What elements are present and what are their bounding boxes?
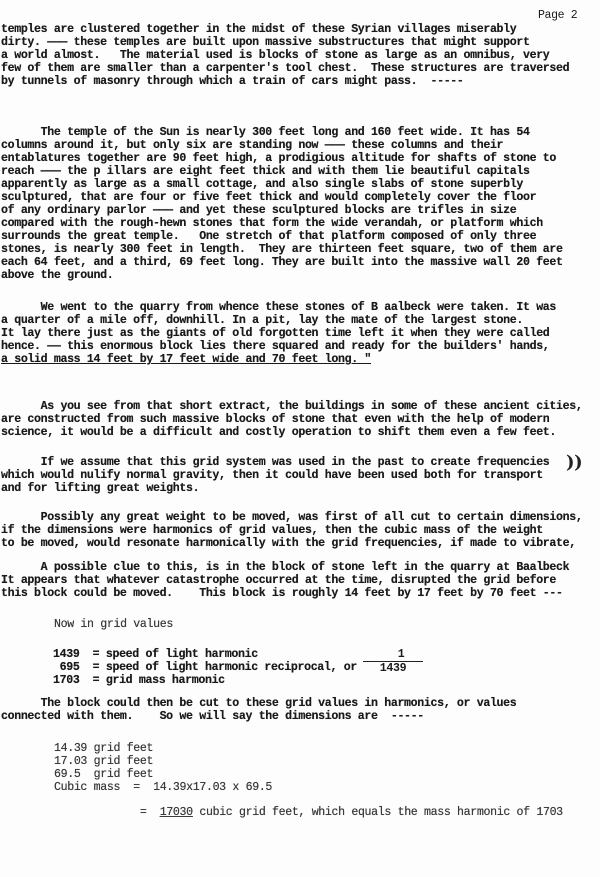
text-line: of any ordinary parlor ——— and yet these… <box>1 204 516 217</box>
underlined-text-line: a solid mass 14 feet by 17 feet wide and… <box>1 353 371 366</box>
text-line: A possible clue to this, is in the block… <box>1 561 569 574</box>
result-value: 17030 <box>160 806 193 819</box>
text-line: to be moved, would resonate harmonically… <box>1 537 576 550</box>
text-line: above the ground. <box>1 269 113 282</box>
text-line: We went to the quarry from whence these … <box>1 301 556 314</box>
text-line: The block could then be cut to these gri… <box>1 697 516 710</box>
text-line: this block could be moved. This block is… <box>1 587 563 600</box>
text-line: and for lifting great weights. <box>1 482 199 495</box>
section-heading: Now in grid values <box>54 618 173 631</box>
text-line: reach ——— the p illars are eight feet th… <box>1 165 530 178</box>
text-line: a quarter of a mile off, downhill. In a … <box>1 314 523 327</box>
text-line: hence. —— this enormous block lies there… <box>1 340 549 353</box>
fraction-numerator: 1 <box>363 648 423 662</box>
page-number: Page 2 <box>538 9 577 22</box>
text-line: It appears that whatever catastrophe occ… <box>1 574 556 587</box>
text-line: It lay there just as the giants of old f… <box>1 327 549 340</box>
text-line: a world almost. The material used is blo… <box>1 49 549 62</box>
dimension-line: 17.03 grid feet <box>54 755 153 768</box>
dimension-line: 69.5 grid feet <box>54 768 153 781</box>
result-prefix: = <box>54 806 160 819</box>
text-line: compared with the rough-hewn stones that… <box>1 217 543 230</box>
cubic-mass-result: = 17030 cubic grid feet, which equals th… <box>54 806 563 819</box>
grid-value-line: 1439 = speed of light harmonic <box>53 648 258 661</box>
text-line: apparently as large as a small cottage, … <box>1 178 523 191</box>
text-line: each 64 feet, and a third, 69 feet long.… <box>1 256 563 269</box>
grid-value-line: 695 = speed of light harmonic reciprocal… <box>53 661 357 674</box>
text-line: science, it would be a difficult and cos… <box>1 426 556 439</box>
text-line: are constructed from such massive blocks… <box>1 413 549 426</box>
text-line: connected with them. So we will say the … <box>1 710 424 723</box>
text-line: If we assume that this grid system was u… <box>1 456 549 469</box>
text-line: temples are clustered together in the mi… <box>1 23 516 36</box>
text-line: few of them are smaller than a carpenter… <box>1 62 569 75</box>
text-line: sculptured, that are four or five feet t… <box>1 191 536 204</box>
text-line: dirty. ——— these temples are built upon … <box>1 36 530 49</box>
text-line: stones, is nearly 300 feet in length. Th… <box>1 243 563 256</box>
reciprocal-fraction: 1 1439 <box>363 648 423 675</box>
text-line: entablatures together are 90 feet high, … <box>1 152 556 165</box>
grid-value-line: 1703 = grid mass harmonic <box>53 674 225 687</box>
typewritten-page: Page 2 temples are clustered together in… <box>0 0 600 877</box>
cubic-mass-line: Cubic mass = 14.39x17.03 x 69.5 <box>54 781 272 794</box>
text-line: Possibly any great weight to be moved, w… <box>1 511 582 524</box>
text-line: surrounds the great temple. One stretch … <box>1 230 536 243</box>
text-line: The temple of the Sun is nearly 300 feet… <box>1 126 530 139</box>
text-line: if the dimensions were harmonics of grid… <box>1 524 543 537</box>
text-line: As you see from that short extract, the … <box>1 400 582 413</box>
dimension-line: 14.39 grid feet <box>54 742 153 755</box>
text-line: by tunnels of masonry through which a tr… <box>1 75 464 88</box>
margin-bracket-mark: )) <box>566 456 582 470</box>
text-line: columns around it, but only six are stan… <box>1 139 503 152</box>
text-line: which would nulify normal gravity, then … <box>1 469 543 482</box>
result-suffix: cubic grid feet, which equals the mass h… <box>193 806 563 819</box>
fraction-denominator: 1439 <box>363 662 423 675</box>
